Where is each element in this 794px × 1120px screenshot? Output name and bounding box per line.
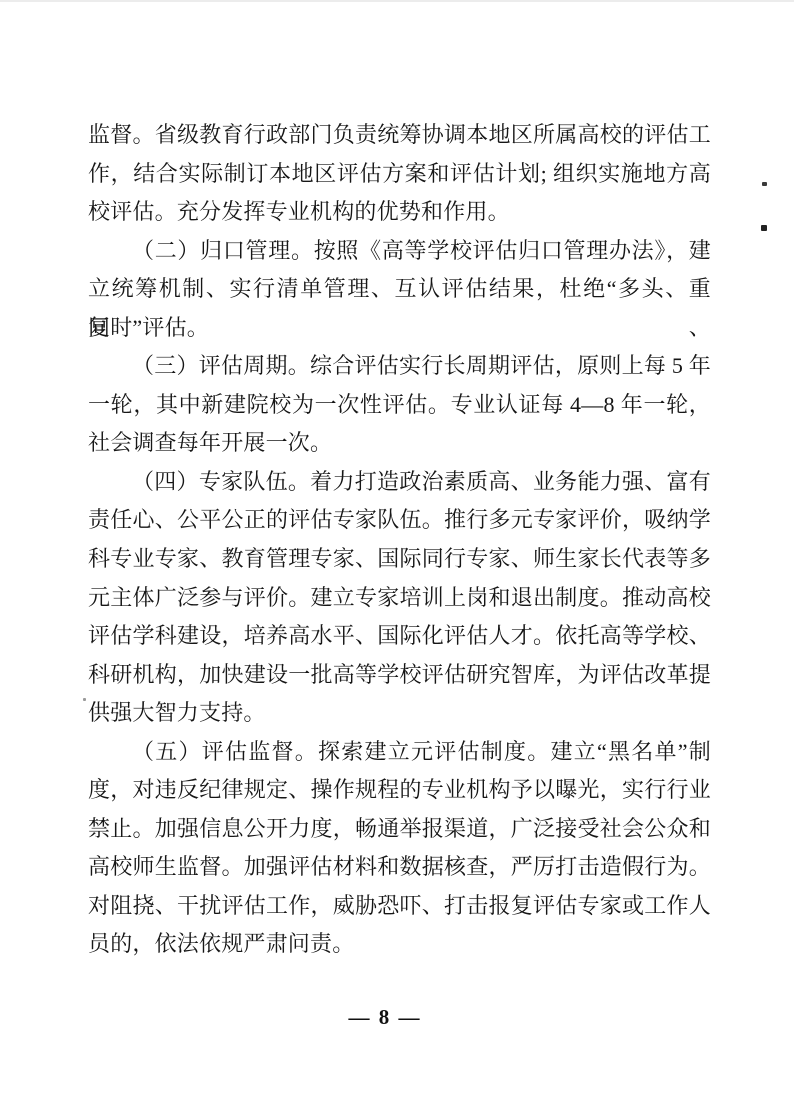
text-line: （二）归口管理。按照《高等学校评估归口管理办法》，建	[88, 232, 711, 271]
text-line: 监督。省级教育行政部门负责统筹协调本地区所属高校的评估工	[88, 116, 711, 155]
text-line: 校评估。充分发挥专业机构的优势和作用。	[88, 193, 711, 232]
scan-speck	[762, 182, 767, 186]
text-line: 禁止。加强信息公开力度，畅通举报渠道，广泛接受社会公众和	[88, 810, 711, 849]
document-body: 监督。省级教育行政部门负责统筹协调本地区所属高校的评估工作，结合实际制订本地区评…	[88, 116, 711, 964]
text-line: 立统筹机制、实行清单管理、互认评估结果，杜绝“多头、重复、	[88, 270, 711, 309]
text-line: 科研机构，加快建设一批高等学校评估研究智库，为评估改革提	[88, 656, 711, 695]
page-number: — 8 —	[0, 1005, 782, 1030]
text-line: 社会调查每年开展一次。	[88, 424, 711, 463]
text-line: 高校师生监督。加强评估材料和数据核查，严厉打击造假行为。	[88, 848, 711, 887]
text-line: 对阻挠、干扰评估工作，威胁恐吓、打击报复评估专家或工作人	[88, 887, 711, 926]
document-page: 监督。省级教育行政部门负责统筹协调本地区所属高校的评估工作，结合实际制订本地区评…	[0, 0, 794, 1120]
scan-speck	[83, 698, 86, 701]
text-line: 度，对违反纪律规定、操作规程的专业机构予以曝光，实行行业	[88, 771, 711, 810]
text-line: 一轮，其中新建院校为一次性评估。专业认证每 4—8 年一轮，	[88, 386, 711, 425]
text-line: 责任心、公平公正的评估专家队伍。推行多元专家评价，吸纳学	[88, 501, 711, 540]
text-line: 作，结合实际制订本地区评估方案和评估计划; 组织实施地方高	[88, 155, 711, 194]
text-line: （三）评估周期。综合评估实行长周期评估，原则上每 5 年	[88, 347, 711, 386]
scan-speck	[761, 225, 767, 231]
text-line: 员的，依法依规严肃问责。	[88, 925, 711, 964]
text-line: （五）评估监督。探索建立元评估制度。建立“黑名单”制	[88, 733, 711, 772]
text-line: 供强大智力支持。	[88, 694, 711, 733]
text-line: 评估学科建设，培养高水平、国际化评估人才。依托高等学校、	[88, 617, 711, 656]
scan-edge-artifact	[0, 0, 794, 2]
text-line: （四）专家队伍。着力打造政治素质高、业务能力强、富有	[88, 463, 711, 502]
text-line: 科专业专家、教育管理专家、国际同行专家、师生家长代表等多	[88, 540, 711, 579]
text-line: 元主体广泛参与评价。建立专家培训上岗和退出制度。推动高校	[88, 579, 711, 618]
